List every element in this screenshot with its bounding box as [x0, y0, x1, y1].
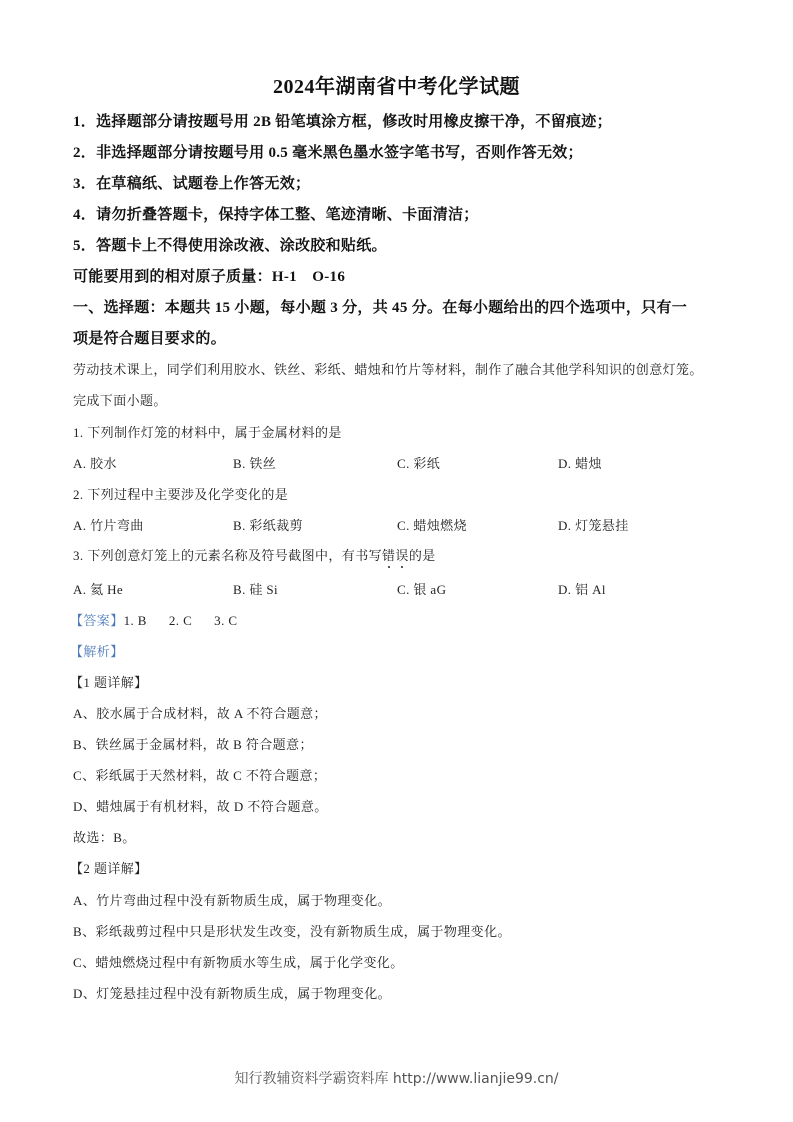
question-1-option-a: A. 胶水 — [73, 453, 117, 472]
context-line2: 完成下面小题。 — [73, 390, 167, 409]
q2-detail-line-c: C、蜡烛燃烧过程中有新物质水等生成，属于化学变化。 — [73, 952, 404, 971]
question-1-option-c: C. 彩纸 — [397, 453, 440, 472]
instruction-4: 4．请勿折叠答题卡，保持字体工整、笔迹清晰、卡面清洁； — [73, 203, 479, 224]
section-heading-line2: 项是符合题目要求的。 — [73, 327, 226, 348]
atomic-mass-note: 可能要用到的相对原子质量：H-1 O-16 — [73, 265, 345, 286]
analysis-label: 【解析】 — [70, 641, 124, 660]
instruction-5: 5．答题卡上不得使用涂改液、涂改胶和贴纸。 — [73, 234, 387, 255]
q1-detail-line-d: D、蜡烛属于有机材料，故 D 不符合题意。 — [73, 796, 328, 815]
question-1-option-b: B. 铁丝 — [233, 453, 276, 472]
q1-detail-line-b: B、铁丝属于金属材料，故 B 符合题意； — [73, 734, 313, 753]
answer-item-3: 3. C — [214, 613, 237, 628]
footer-watermark: 知行教辅资料学霸资料库 http://www.lianjie99.cn/ — [0, 1068, 793, 1088]
answer-line: 【答案】1. B2. C3. C — [70, 610, 237, 629]
q1-detail-line-c: C、彩纸属于天然材料，故 C 不符合题意； — [73, 765, 326, 784]
answer-item-1: 1. B — [124, 613, 147, 628]
question-2-option-b: B. 彩纸裁剪 — [233, 515, 303, 534]
answer-label: 【答案】 — [70, 613, 124, 628]
question-2-option-c: C. 蜡烛燃烧 — [397, 515, 467, 534]
question-3-option-a: A. 氦 He — [73, 579, 123, 598]
q2-detail-line-a: A、竹片弯曲过程中没有新物质生成，属于物理变化。 — [73, 890, 391, 909]
q1-detail-heading: 【1 题详解】 — [70, 672, 148, 691]
question-3-option-b: B. 硅 Si — [233, 579, 278, 598]
instruction-1: 1．选择题部分请按题号用 2B 铅笔填涂方框，修改时用橡皮擦干净，不留痕迹； — [73, 110, 612, 131]
question-3-emphasis-1: 错 — [382, 548, 395, 563]
question-3-emphasis-2: 误 — [395, 548, 408, 563]
q2-detail-line-d: D、灯笼悬挂过程中没有新物质生成，属于物理变化。 — [73, 983, 391, 1002]
question-3-stem-before: 3. 下列创意灯笼上的元素名称及符号截图中，有书写 — [73, 548, 382, 563]
q1-detail-line-a: A、胶水属于合成材料，故 A 不符合题意； — [73, 703, 327, 722]
q2-detail-heading: 【2 题详解】 — [70, 858, 148, 877]
question-2-option-d: D. 灯笼悬挂 — [558, 515, 629, 534]
question-3-option-d: D. 铝 Al — [558, 579, 606, 598]
page-title: 2024年湖南省中考化学试题 — [0, 70, 793, 99]
context-line1: 劳动技术课上，同学们利用胶水、铁丝、彩纸、蜡烛和竹片等材料，制作了融合其他学科知… — [73, 359, 703, 378]
answer-item-2: 2. C — [169, 613, 192, 628]
section-heading-line1: 一、选择题：本题共 15 小题，每小题 3 分，共 45 分。在每小题给出的四个… — [73, 296, 687, 317]
question-2-option-a: A. 竹片弯曲 — [73, 515, 144, 534]
question-3-option-c: C. 银 aG — [397, 579, 446, 598]
question-1-option-d: D. 蜡烛 — [558, 453, 602, 472]
q2-detail-line-b: B、彩纸裁剪过程中只是形状发生改变，没有新物质生成，属于物理变化。 — [73, 921, 511, 940]
question-3-stem: 3. 下列创意灯笼上的元素名称及符号截图中，有书写错误的是 — [73, 545, 436, 564]
question-3-stem-after: 的是 — [409, 548, 436, 563]
instruction-3: 3．在草稿纸、试题卷上作答无效； — [73, 172, 310, 193]
q1-conclusion: 故选：B。 — [73, 827, 136, 846]
instruction-2: 2．非选择题部分请按题号用 0.5 毫米黑色墨水签字笔书写，否则作答无效； — [73, 141, 583, 162]
question-2-stem: 2. 下列过程中主要涉及化学变化的是 — [73, 484, 288, 503]
document-page: 2024年湖南省中考化学试题 1．选择题部分请按题号用 2B 铅笔填涂方框，修改… — [0, 0, 793, 1122]
question-1-stem: 1. 下列制作灯笼的材料中，属于金属材料的是 — [73, 422, 342, 441]
